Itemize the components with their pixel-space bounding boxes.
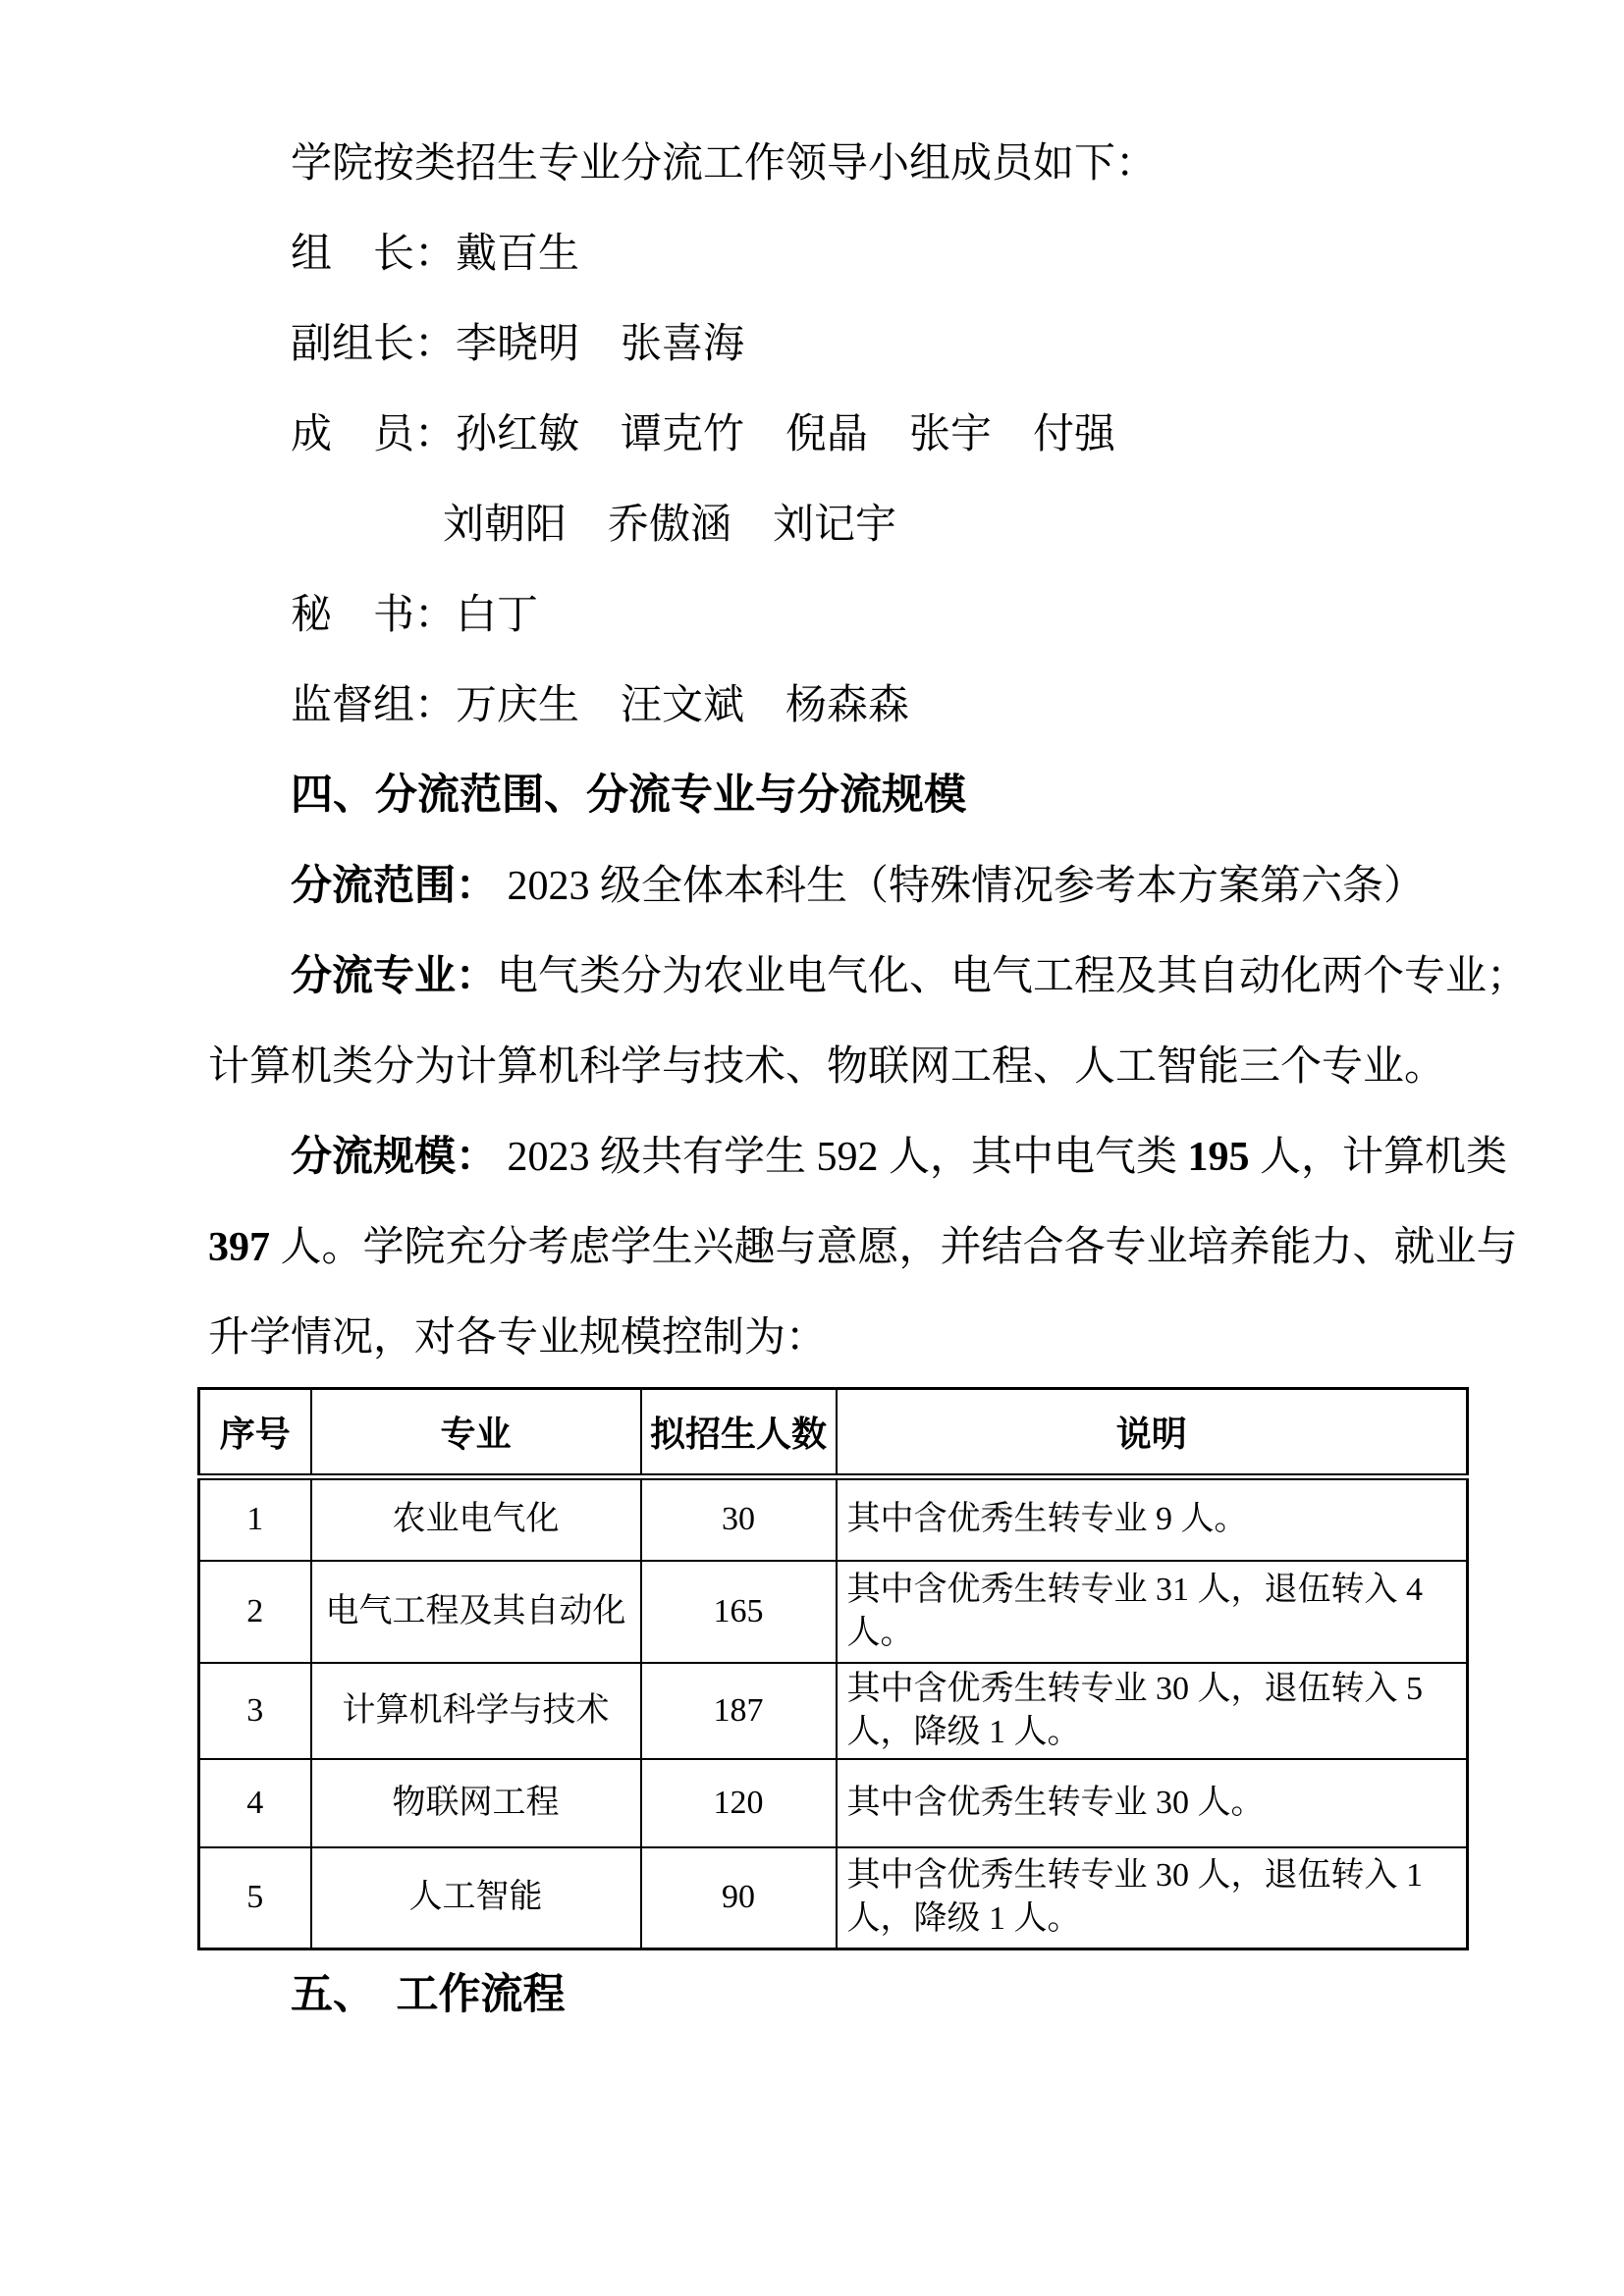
table-row: 1 农业电气化 30 其中含优秀生转专业 9 人。 bbox=[199, 1477, 1468, 1561]
cell-count: 165 bbox=[641, 1561, 837, 1663]
majors-label: 分流专业： bbox=[291, 954, 497, 999]
desc-line-2: 人，降级 1 人。 bbox=[847, 1897, 1459, 1941]
line-secretary: 秘 书：白丁 bbox=[208, 570, 1487, 661]
line-group-leader: 组 长：戴百生 bbox=[208, 209, 1487, 299]
scope-text: 2023 级全体本科生（特殊情况参考本方案第六条） bbox=[508, 864, 1426, 909]
table-row: 2 电气工程及其自动化 165 其中含优秀生转专业 31 人，退伍转入 4 人。 bbox=[199, 1561, 1468, 1663]
paragraph-scale-line-3: 升学情况，对各专业规模控制为： bbox=[208, 1293, 1487, 1383]
scale-run-3: 人，计算机类 bbox=[1260, 1135, 1507, 1180]
cell-no: 4 bbox=[199, 1759, 311, 1847]
column-header-count: 拟招生人数 bbox=[641, 1389, 837, 1477]
scale-run-1: 2023 级共有学生 592 人，其中电气类 bbox=[508, 1135, 1178, 1180]
paragraph-scale-line-2: 397 人。学院充分考虑学生兴趣与意愿，并结合各专业培养能力、就业与 bbox=[208, 1202, 1487, 1293]
desc-line-1: 其中含优秀生转专业 30 人，退伍转入 1 bbox=[847, 1854, 1459, 1897]
cell-count: 30 bbox=[641, 1477, 837, 1561]
cell-major: 农业电气化 bbox=[311, 1477, 641, 1561]
desc-line-1: 其中含优秀生转专业 31 人，退伍转入 4 bbox=[847, 1569, 1459, 1612]
cell-desc: 其中含优秀生转专业 9 人。 bbox=[837, 1477, 1468, 1561]
majors-text-1: 电气类分为农业电气化、电气工程及其自动化两个专业； bbox=[497, 954, 1528, 999]
cell-major: 人工智能 bbox=[311, 1847, 641, 1949]
desc-line-1: 其中含优秀生转专业 9 人。 bbox=[847, 1498, 1459, 1541]
table-row: 5 人工智能 90 其中含优秀生转专业 30 人，退伍转入 1 人，降级 1 人… bbox=[199, 1847, 1468, 1949]
scope-label: 分流范围： bbox=[291, 864, 497, 909]
paragraph-scope: 分流范围： 2023 级全体本科生（特殊情况参考本方案第六条） bbox=[208, 841, 1487, 932]
scale-label: 分流规模： bbox=[291, 1135, 497, 1180]
desc-line-1: 其中含优秀生转专业 30 人。 bbox=[847, 1782, 1459, 1825]
column-header-no: 序号 bbox=[199, 1389, 311, 1477]
cell-major: 计算机科学与技术 bbox=[311, 1663, 641, 1759]
paragraph-majors-line-2: 计算机类分为计算机科学与技术、物联网工程、人工智能三个专业。 bbox=[208, 1022, 1487, 1112]
cell-major: 电气工程及其自动化 bbox=[311, 1561, 641, 1663]
paragraph-leadership-intro: 学院按类招生专业分流工作领导小组成员如下： bbox=[208, 119, 1487, 209]
column-header-desc: 说明 bbox=[837, 1389, 1468, 1477]
section-4-heading: 四、分流范围、分流专业与分流规模 bbox=[208, 751, 1487, 841]
line-members-2: 刘朝阳 乔傲涵 刘记宇 bbox=[208, 480, 1487, 570]
paragraph-scale-line-1: 分流规模： 2023 级共有学生 592 人，其中电气类 195 人，计算机类 bbox=[208, 1112, 1487, 1202]
cell-count: 187 bbox=[641, 1663, 837, 1759]
paragraph-majors-line-1: 分流专业：电气类分为农业电气化、电气工程及其自动化两个专业； bbox=[208, 932, 1487, 1022]
cell-no: 5 bbox=[199, 1847, 311, 1949]
major-quota-table: 序号 专业 拟招生人数 说明 1 农业电气化 30 其中含优秀生转专业 9 人。… bbox=[197, 1387, 1469, 1950]
section-5-heading: 五、 工作流程 bbox=[208, 1950, 1487, 2041]
scale-computer-count: 397 bbox=[208, 1225, 270, 1270]
line-members-1: 成 员：孙红敏 谭克竹 倪晶 张宇 付强 bbox=[208, 390, 1487, 480]
cell-desc: 其中含优秀生转专业 31 人，退伍转入 4 人。 bbox=[837, 1561, 1468, 1663]
cell-no: 2 bbox=[199, 1561, 311, 1663]
cell-major: 物联网工程 bbox=[311, 1759, 641, 1847]
cell-no: 1 bbox=[199, 1477, 311, 1561]
table-row: 4 物联网工程 120 其中含优秀生转专业 30 人。 bbox=[199, 1759, 1468, 1847]
line-supervision-group: 监督组：万庆生 汪文斌 杨森森 bbox=[208, 661, 1487, 751]
cell-count: 120 bbox=[641, 1759, 837, 1847]
desc-line-2: 人。 bbox=[847, 1612, 1459, 1655]
column-header-major: 专业 bbox=[311, 1389, 641, 1477]
document-page: 学院按类招生专业分流工作领导小组成员如下： 组 长：戴百生 副组长：李晓明 张喜… bbox=[0, 0, 1624, 2296]
cell-desc: 其中含优秀生转专业 30 人，退伍转入 1 人，降级 1 人。 bbox=[837, 1847, 1468, 1949]
desc-line-2: 人，降级 1 人。 bbox=[847, 1711, 1459, 1754]
cell-no: 3 bbox=[199, 1663, 311, 1759]
line-deputy-leaders: 副组长：李晓明 张喜海 bbox=[208, 299, 1487, 390]
table-header-row: 序号 专业 拟招生人数 说明 bbox=[199, 1389, 1468, 1477]
scale-line-2-rest: 人。学院充分考虑学生兴趣与意愿，并结合各专业培养能力、就业与 bbox=[281, 1225, 1518, 1270]
table-row: 3 计算机科学与技术 187 其中含优秀生转专业 30 人，退伍转入 5 人，降… bbox=[199, 1663, 1468, 1759]
scale-electrical-count: 195 bbox=[1188, 1135, 1250, 1180]
cell-count: 90 bbox=[641, 1847, 837, 1949]
cell-desc: 其中含优秀生转专业 30 人。 bbox=[837, 1759, 1468, 1847]
desc-line-1: 其中含优秀生转专业 30 人，退伍转入 5 bbox=[847, 1668, 1459, 1711]
cell-desc: 其中含优秀生转专业 30 人，退伍转入 5 人，降级 1 人。 bbox=[837, 1663, 1468, 1759]
